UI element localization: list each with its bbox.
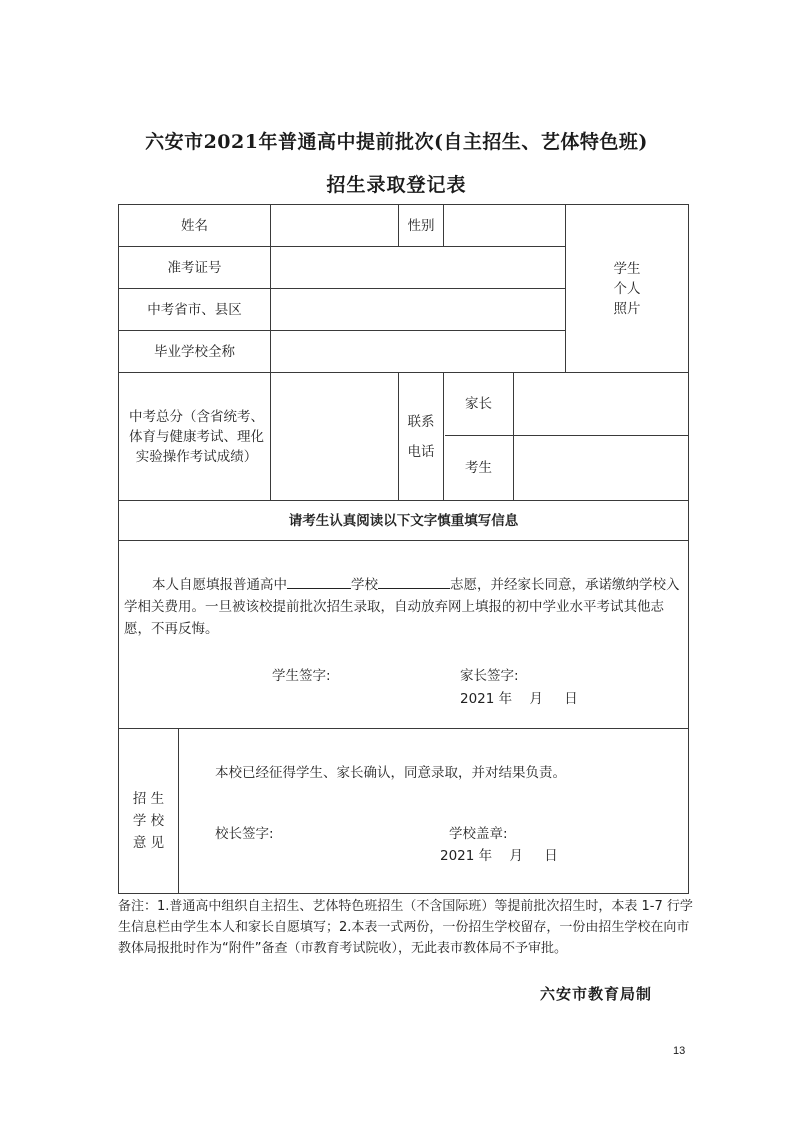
school-choice-blank[interactable]: [287, 574, 351, 589]
instruction-header: 请考生认真阅读以下文字慎重填写信息: [119, 501, 688, 540]
school-opinion-label: 招 生 学 校 意 见: [119, 729, 178, 893]
document-title: 六安市2021年普通高中提前批次(自主招生、艺体特色班): [0, 127, 793, 154]
school-opinion-label-line3: 意 见: [133, 832, 164, 854]
contact-phone-label-line1: 联系: [408, 407, 435, 437]
declaration-part2: 学校: [351, 577, 378, 593]
row-divider: [118, 540, 689, 541]
total-score-label: 中考总分（含省统考、体育与健康考试、理化实验操作考试成绩）: [122, 373, 271, 500]
principal-signature-label: 校长签字:: [215, 823, 274, 845]
table-border-right: [688, 204, 689, 894]
program-choice-blank[interactable]: [378, 574, 450, 589]
student-signature-label: 学生签字:: [272, 665, 331, 687]
exam-id-label: 准考证号: [119, 247, 270, 288]
page-number: 13: [673, 1045, 685, 1057]
school-opinion-label-line2: 学 校: [133, 810, 164, 832]
contact-phone-label-line2: 电话: [408, 437, 435, 467]
photo-label-line1: 学生: [614, 259, 641, 279]
graduate-school-label: 毕业学校全称: [119, 331, 270, 372]
photo-label-line3: 照片: [614, 299, 641, 319]
student-phone-label: 考生: [444, 436, 513, 500]
name-label: 姓名: [119, 205, 270, 246]
notes-text: 备注：1.普通高中组织自主招生、艺体特色班招生（不含国际班）等提前批次招生时，本…: [118, 896, 693, 959]
school-seal-label: 学校盖章:: [449, 823, 508, 845]
school-opinion-date: 2021 年 月 日: [440, 845, 558, 867]
school-opinion-statement: 本校已经征得学生、家长确认，同意录取，并对结果负责。: [215, 762, 566, 784]
principal-signature-field[interactable]: [285, 823, 415, 845]
exam-region-label: 中考省市、县区: [119, 289, 270, 330]
parent-signature-label: 家长签字:: [460, 665, 519, 687]
photo-box[interactable]: 学生 个人 照片: [566, 205, 688, 372]
document-subtitle: 招生录取登记表: [0, 170, 793, 197]
exam-id-field[interactable]: [271, 247, 565, 288]
gender-label: 性别: [399, 205, 443, 246]
student-signature-field[interactable]: [345, 665, 445, 687]
exam-region-field[interactable]: [271, 289, 565, 330]
name-field[interactable]: [271, 205, 398, 246]
parent-phone-label: 家长: [444, 373, 513, 435]
photo-label-line2: 个人: [614, 279, 641, 299]
graduate-school-field[interactable]: [271, 331, 565, 372]
declaration-text: 本人自愿填报普通高中学校志愿，并经家长同意，承诺缴纳学校入学相关费用。一旦被该校…: [124, 574, 684, 640]
parent-signature-field[interactable]: [530, 665, 650, 687]
contact-phone-label: 联系 电话: [399, 373, 443, 500]
col-divider: [178, 728, 179, 893]
parent-phone-field[interactable]: [514, 373, 688, 435]
school-opinion-label-line1: 招 生: [133, 788, 164, 810]
total-score-field[interactable]: [271, 373, 398, 500]
declaration-part1: 本人自愿填报普通高中: [152, 577, 287, 593]
declaration-date: 2021 年 月 日: [460, 688, 578, 710]
table-border-bottom: [118, 893, 689, 894]
student-phone-field[interactable]: [514, 436, 688, 500]
school-seal-field[interactable]: [520, 823, 650, 845]
row-divider: [118, 728, 689, 729]
gender-field[interactable]: [444, 205, 565, 246]
issuer-label: 六安市教育局制: [540, 983, 652, 1004]
